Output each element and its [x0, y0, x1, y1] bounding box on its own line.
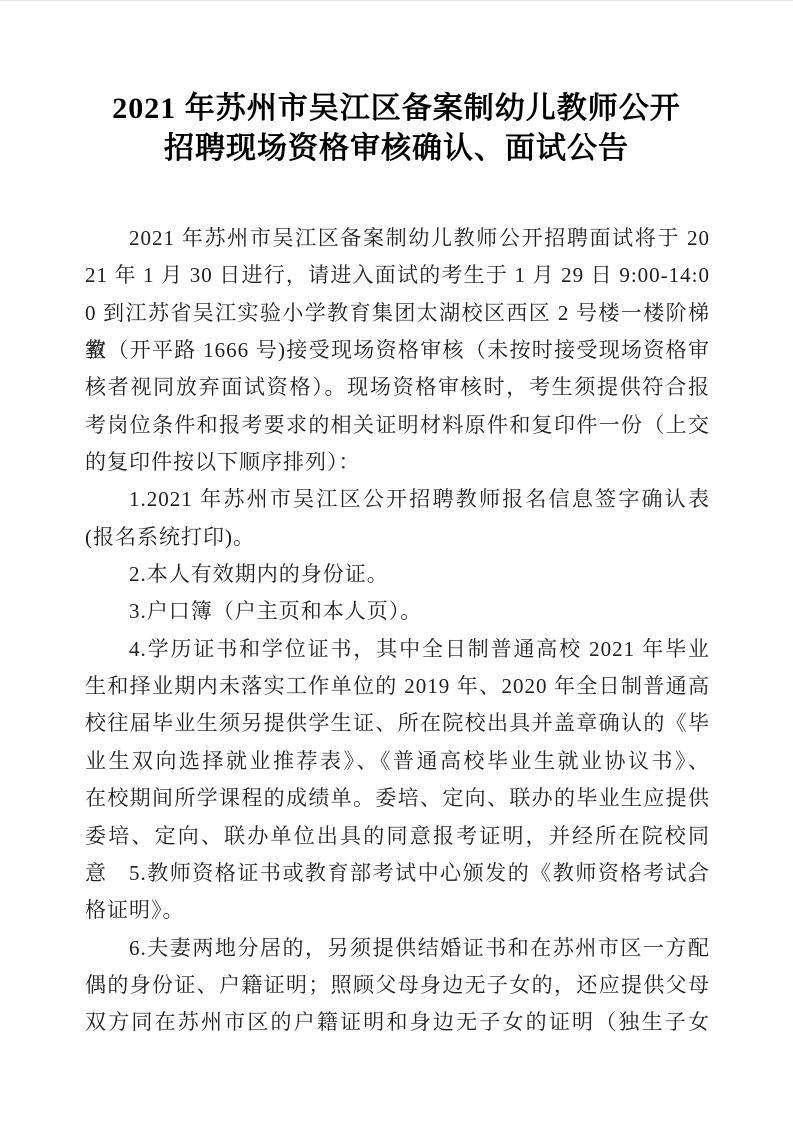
body-line: 业生双向选择就业推荐表》、《普通高校毕业生就业协议书》、	[85, 743, 710, 780]
body-line: 室（开平路 1666 号)接受现场资格审核（未按时接受现场资格审	[85, 332, 710, 369]
body-line: 考岗位条件和报考要求的相关证明材料原件和复印件一份（上交	[85, 407, 710, 444]
body-line: (报名系统打印)。	[85, 519, 710, 556]
body-line: 偶的身份证、户籍证明；照顾父母身边无子女的，还应提供父母	[85, 967, 710, 1004]
body-line: 的复印件按以下顺序排列）：	[85, 444, 710, 481]
body-line-item-2: 2.本人有效期内的身份证。	[85, 556, 710, 593]
body-line: 在校期间所学课程的成绩单。委培、定向、联办的毕业生应提供	[85, 780, 710, 817]
body-line: 双方同在苏州市区的户籍证明和身边无子女的证明（独生子女	[85, 1004, 710, 1041]
title-line: 2021 年苏州市吴江区备案制幼儿教师公开	[0, 89, 793, 129]
body-line: 校往届毕业生须另提供学生证、所在院校出具并盖章确认的《毕	[85, 705, 710, 742]
body-line: 2021 年苏州市吴江区备案制幼儿教师公开招聘面试将于 20	[85, 220, 710, 257]
body-line-item-1: 1.2021 年苏州市吴江区公开招聘教师报名信息签字确认表	[85, 481, 710, 518]
body-line: 核者视同放弃面试资格）。现场资格审核时，考生须提供符合报	[85, 369, 710, 406]
body-line-item-4: 4.学历证书和学位证书，其中全日制普通高校 2021 年毕业	[85, 631, 710, 668]
document-page: 2021 年苏州市吴江区备案制幼儿教师公开 招聘现场资格审核确认、面试公告 20…	[0, 0, 793, 1123]
document-title: 2021 年苏州市吴江区备案制幼儿教师公开 招聘现场资格审核确认、面试公告	[0, 89, 793, 169]
body-line: 21 年 1 月 30 日进行，请进入面试的考生于 1 月 29 日 9:00-…	[85, 257, 710, 294]
document-body: 2021 年苏州市吴江区备案制幼儿教师公开招聘面试将于 20 21 年 1 月 …	[85, 220, 710, 1042]
body-line: 生和择业期内未落实工作单位的 2019 年、2020 年全日制普通高	[85, 668, 710, 705]
body-line: 委培、定向、联办单位出具的同意报考证明，并经所在院校同意。	[85, 818, 710, 855]
body-line-item-5: 5.教师资格证书或教育部考试中心颁发的《教师资格考试合	[85, 855, 710, 892]
body-line: 格证明》。	[85, 892, 710, 929]
body-line-item-3: 3.户口簿（户主页和本人页）。	[85, 593, 710, 630]
body-line: 0 到江苏省吴江实验小学教育集团太湖校区西区 2 号楼一楼阶梯教	[85, 295, 710, 332]
title-line: 招聘现场资格审核确认、面试公告	[0, 129, 793, 169]
body-line-item-6: 6.夫妻两地分居的，另须提供结婚证书和在苏州市区一方配	[85, 930, 710, 967]
